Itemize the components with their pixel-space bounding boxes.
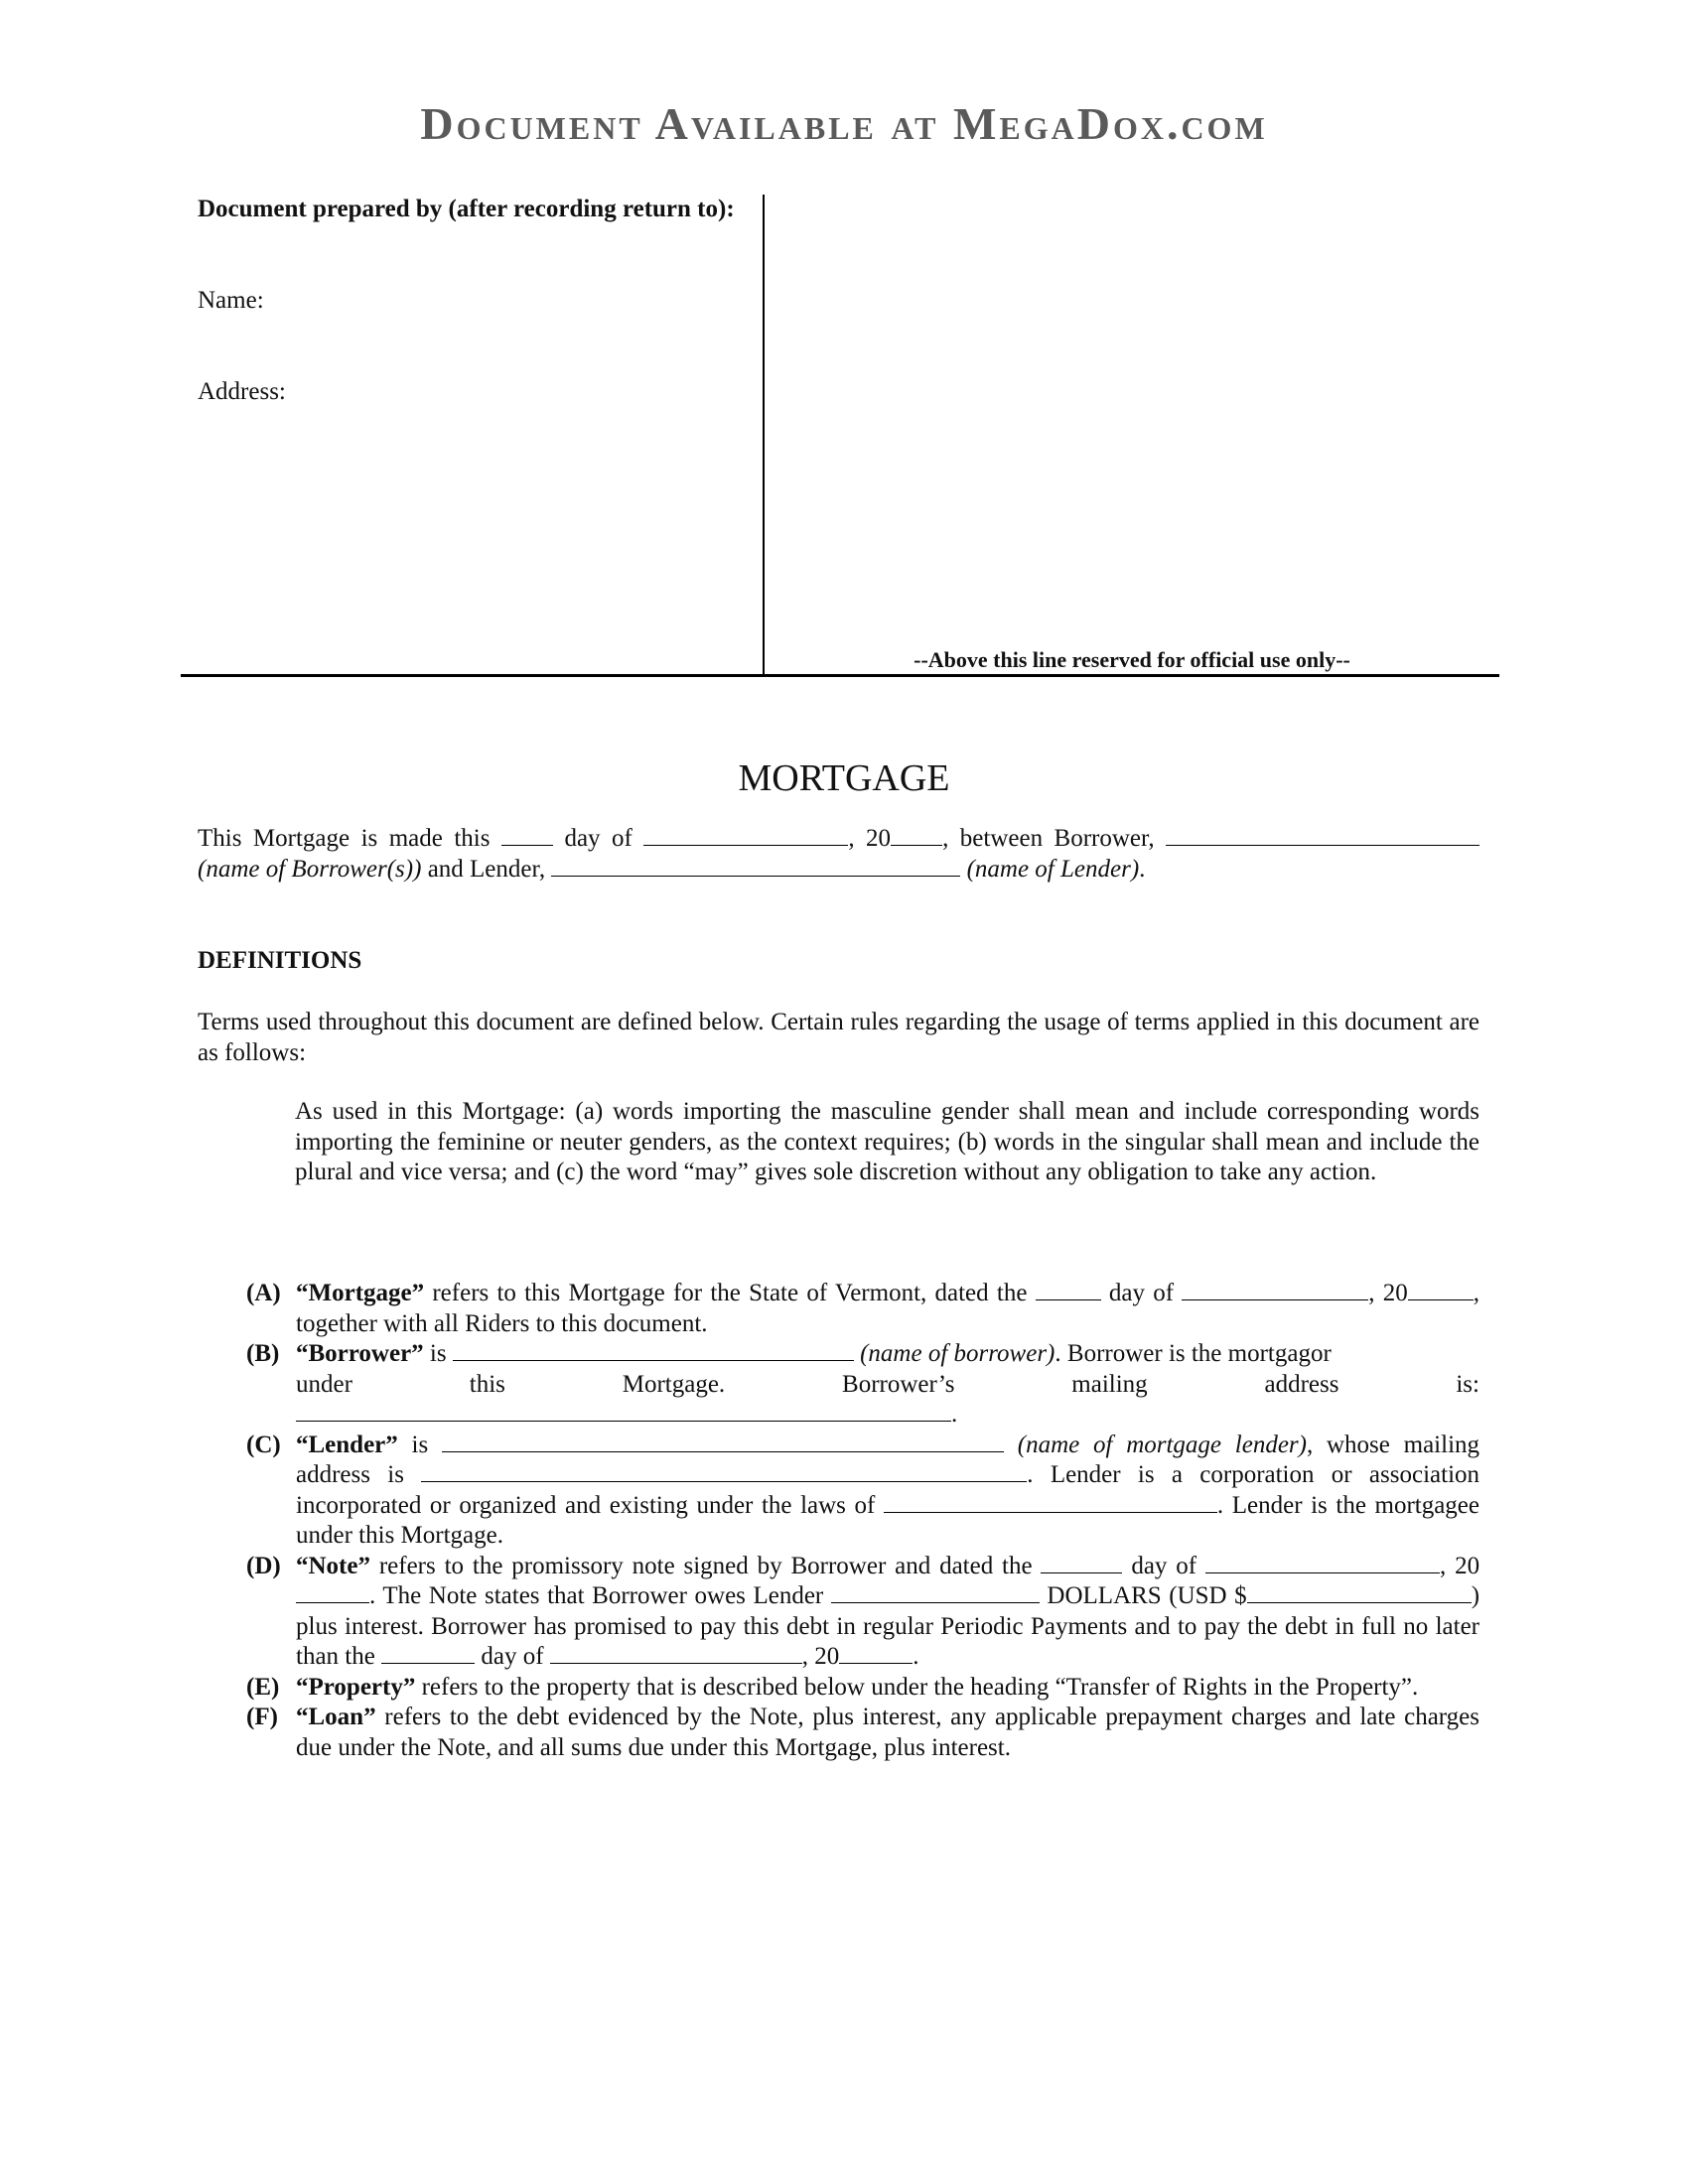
document-title: MORTGAGE — [0, 756, 1688, 800]
address-label: Address: — [198, 377, 286, 407]
month-blank[interactable] — [1182, 1280, 1368, 1300]
megadox-banner: Document Available at MegaDox.com — [0, 97, 1688, 150]
day-blank[interactable] — [1036, 1280, 1101, 1300]
rules-quote: As used in this Mortgage: (a) words impo… — [295, 1097, 1479, 1188]
lender-name-blank[interactable] — [551, 856, 960, 877]
definition-d: (D) “Note” refers to the promissory note… — [246, 1552, 1479, 1673]
lender-address-blank[interactable] — [421, 1461, 1027, 1482]
amount-usd-blank[interactable] — [1247, 1582, 1472, 1603]
year-blank[interactable] — [296, 1582, 369, 1603]
prepared-by-label: Document prepared by (after recording re… — [198, 195, 751, 224]
official-use-note: --Above this line reserved for official … — [765, 647, 1499, 673]
definition-e: (E) “Property” refers to the property th… — [246, 1673, 1479, 1704]
year-blank[interactable] — [1408, 1280, 1474, 1300]
borrower-name-blank[interactable] — [1166, 825, 1479, 846]
day-blank[interactable] — [501, 825, 553, 846]
day-blank[interactable] — [1041, 1553, 1122, 1573]
day-blank[interactable] — [381, 1643, 475, 1664]
definition-c: (C) “Lender” is (name of mortgage lender… — [246, 1431, 1479, 1552]
definition-a: (A) “Mortgage” refers to this Mortgage f… — [246, 1279, 1479, 1339]
definitions-heading: DEFINITIONS — [198, 946, 1479, 977]
official-use-rule — [181, 674, 1499, 677]
name-label: Name: — [198, 286, 264, 316]
recording-box-divider — [763, 195, 765, 675]
address-line: under this Mortgage. Borrower’s mailing … — [296, 1370, 1479, 1401]
month-blank[interactable] — [643, 825, 848, 846]
year-blank[interactable] — [891, 825, 942, 846]
intro-paragraph: This Mortgage is made this day of , 20, … — [198, 824, 1479, 885]
month-blank[interactable] — [1205, 1553, 1440, 1573]
jurisdiction-blank[interactable] — [884, 1492, 1217, 1513]
terms-intro: Terms used throughout this document are … — [198, 1008, 1479, 1068]
year-blank[interactable] — [839, 1643, 913, 1664]
recording-box: Document prepared by (after recording re… — [198, 195, 751, 224]
definition-b: (B) “Borrower” is (name of borrower). Bo… — [246, 1339, 1479, 1431]
definitions-list: (A) “Mortgage” refers to this Mortgage f… — [246, 1279, 1479, 1763]
borrower-name-blank[interactable] — [453, 1340, 854, 1361]
lender-name-blank[interactable] — [442, 1432, 1004, 1452]
month-blank[interactable] — [550, 1643, 802, 1664]
definition-f: (F) “Loan” refers to the debt evidenced … — [246, 1703, 1479, 1763]
borrower-address-blank[interactable] — [296, 1401, 951, 1422]
amount-words-blank[interactable] — [831, 1582, 1040, 1603]
